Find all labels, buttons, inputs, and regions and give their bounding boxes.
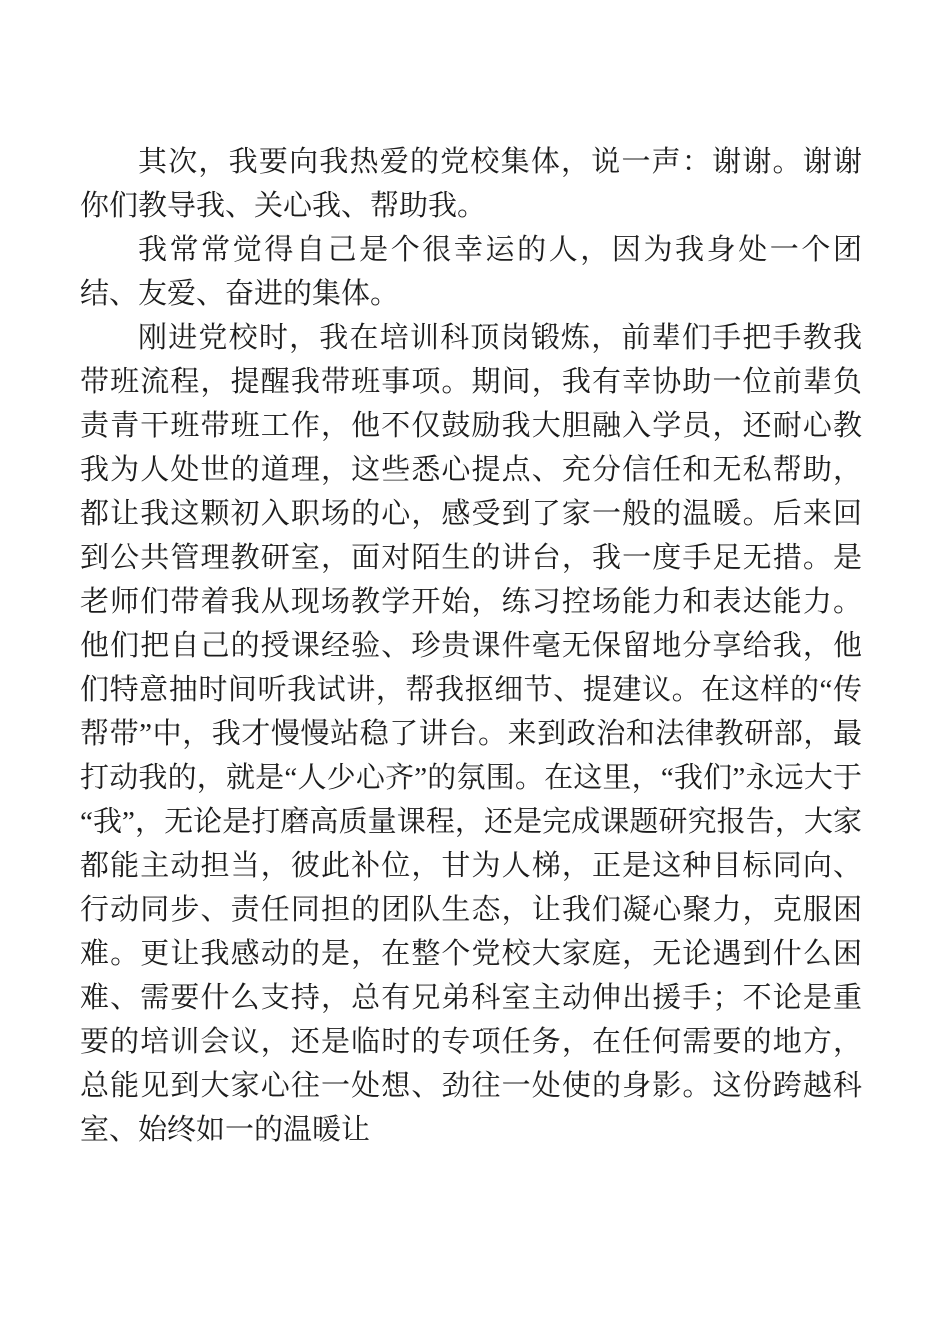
- paragraph: 我常常觉得自己是个很幸运的人，因为我身处一个团结、友爱、奋进的集体。: [80, 228, 862, 316]
- paragraph: 其次，我要向我热爱的党校集体，说一声：谢谢。谢谢你们教导我、关心我、帮助我。: [80, 140, 862, 228]
- paragraph: 刚进党校时，我在培训科顶岗锻炼，前辈们手把手教我带班流程，提醒我带班事项。期间，…: [80, 316, 862, 1152]
- document-page: 其次，我要向我热爱的党校集体，说一声：谢谢。谢谢你们教导我、关心我、帮助我。我常…: [0, 0, 950, 1344]
- document-text: 其次，我要向我热爱的党校集体，说一声：谢谢。谢谢你们教导我、关心我、帮助我。我常…: [80, 140, 862, 1152]
